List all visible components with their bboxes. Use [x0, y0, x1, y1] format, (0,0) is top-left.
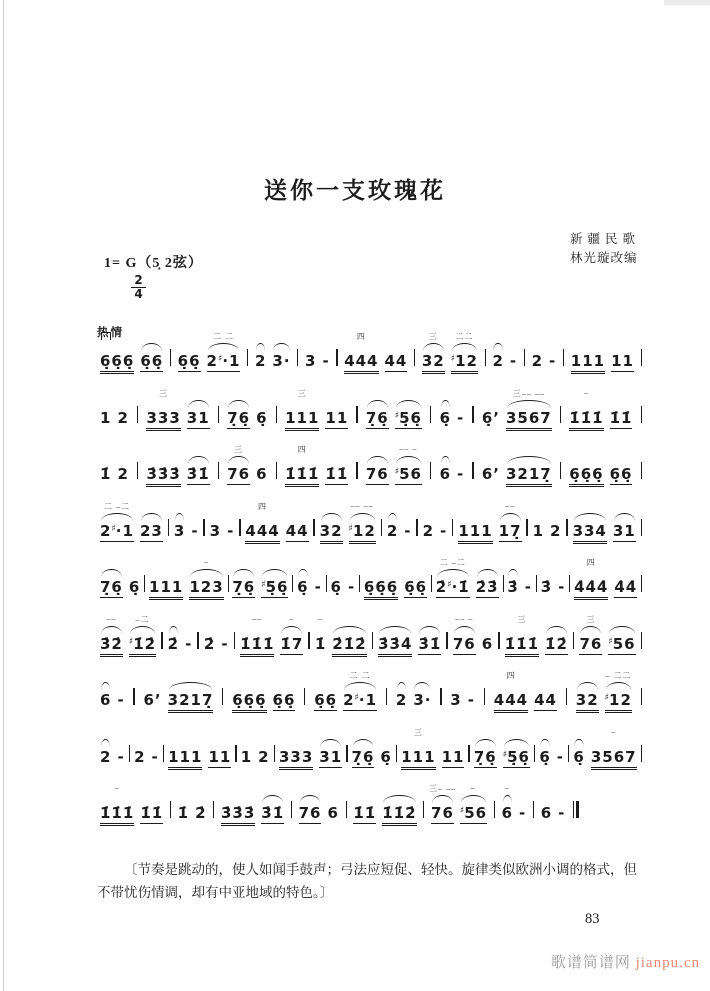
note-text: 6	[440, 465, 451, 483]
note-group: 7̣6̣	[227, 409, 250, 429]
note-text: 11	[442, 748, 465, 768]
note-text: 1̇1̇1̇	[569, 409, 603, 431]
note-text: 3̇1̇	[261, 804, 284, 824]
note-group: 2	[492, 352, 503, 370]
note-group: 11	[208, 748, 231, 768]
note-text: -	[440, 522, 447, 540]
note-text: 31	[319, 748, 342, 768]
note-text: 2̇	[168, 635, 179, 653]
note-group: 76	[299, 804, 322, 824]
barline	[203, 519, 204, 536]
barline	[336, 349, 337, 366]
barline	[641, 349, 642, 366]
note-group: 1̇2̇	[545, 635, 568, 655]
note-text: -	[468, 691, 475, 709]
note-group: ♯5̣6̣	[503, 748, 530, 768]
page-title: 送你一支玫瑰花	[0, 172, 710, 205]
note-group: -	[185, 635, 192, 653]
barline	[356, 406, 357, 423]
note-text: -	[315, 578, 322, 596]
note-group: 二 –二2♯·1	[100, 522, 134, 542]
sharp-icon: ♯	[395, 411, 399, 421]
measure: 三– ––76–♯56	[428, 804, 490, 824]
note-text: 2	[423, 522, 434, 540]
note-group: 7̣6̣	[100, 578, 123, 598]
measure: 6̣-	[437, 409, 468, 427]
note-group: -	[315, 578, 322, 596]
position-mark: –	[318, 614, 323, 623]
barline	[423, 801, 424, 818]
note-text: 6’	[144, 691, 162, 709]
barline	[137, 406, 138, 423]
note-text: -	[117, 691, 124, 709]
measure: 3-	[302, 352, 333, 370]
sharp-icon: ♯	[503, 750, 507, 760]
measure: 3-	[447, 691, 478, 709]
barline	[641, 745, 642, 762]
note-group: ––1̇1̇1̇	[240, 635, 274, 657]
measure: 2-	[420, 522, 451, 540]
sharp-icon: ♯	[355, 693, 359, 703]
note-text: 2̇	[195, 804, 206, 822]
note-group: 6̣6̣	[610, 465, 633, 485]
note-text: -	[227, 522, 234, 540]
position-mark: –	[471, 783, 476, 792]
barline	[168, 519, 169, 536]
note-group: 三1̇1̇1̇	[505, 635, 539, 657]
position-mark: –	[505, 783, 510, 792]
note-group: 6’	[144, 691, 162, 709]
note-text: -	[510, 352, 517, 370]
barline	[346, 745, 347, 762]
note-text: ♯56	[395, 465, 422, 485]
barline	[170, 801, 171, 818]
note-group: 6̣6̣6̣	[232, 691, 266, 713]
note-group: 3̇	[541, 578, 552, 596]
note-text: -	[457, 409, 464, 427]
measure: 12	[97, 409, 132, 427]
note-group: -	[191, 522, 198, 540]
barline	[356, 462, 357, 479]
barline	[170, 349, 171, 366]
note-text: 6̣6̣6̣	[100, 352, 134, 374]
measure: 6̣6̣6̣6̣6̣	[97, 352, 166, 374]
sharp-icon: ♯	[605, 693, 609, 703]
note-text: 6̣	[331, 578, 342, 596]
note-text: 3217̣	[506, 465, 552, 487]
note-text: 2	[258, 748, 269, 766]
measure: 三766	[224, 465, 270, 485]
note-group: -	[440, 522, 447, 540]
barline	[396, 745, 397, 762]
note-group: 三111	[401, 748, 435, 770]
barline	[276, 406, 277, 423]
note-text: 444	[245, 522, 279, 544]
measure: 1̇2	[97, 465, 132, 483]
note-text: 1̇	[178, 804, 189, 822]
barline	[431, 575, 432, 592]
barline	[213, 801, 214, 818]
note-text: ♯12	[605, 691, 632, 713]
measure: 2-	[489, 352, 520, 370]
position-mark: 三– ––	[429, 783, 456, 794]
note-group: -	[557, 748, 564, 766]
note-group: -	[519, 804, 526, 822]
music-line-8: 2-2-1111112333317̣6̣6̣三111117̣6̣♯5̣6̣6̣-…	[97, 718, 643, 775]
note-text: 3̇1̇	[187, 465, 210, 485]
note-group: –– –76	[453, 635, 476, 655]
barline	[641, 406, 642, 423]
music-line-4: 二 –二2♯·1233-3-四4444432–– ––♯122-2-111––1…	[97, 492, 643, 549]
note-group: –1̇	[315, 635, 326, 653]
note-text: -	[519, 804, 526, 822]
music-line-1: 6̣6̣6̣6̣6̣6̣6̣二 二2♯·123·3-四44444三32二二♯12…	[97, 322, 643, 379]
note-text: 7̣6̣	[366, 409, 389, 429]
note-text: 7̣6̣	[232, 578, 255, 598]
music-line-5: 7̣6̣6̣111–1237̣6̣♯5̣6̣6̣-6̣-6̣6̣6̣6̣6̣二 …	[97, 548, 643, 605]
note-group: 二二♯12	[451, 352, 478, 374]
sharp-icon: ♯	[218, 354, 222, 364]
measure: 23·	[252, 352, 294, 370]
measure: 四4̇4̇4̇4̇4̇	[571, 578, 640, 600]
measure: 766	[296, 804, 342, 824]
barline	[560, 462, 561, 479]
note-group: 二 二2♯·1	[207, 352, 241, 372]
note-text: 3·	[413, 691, 431, 709]
note-text: 6	[482, 635, 493, 653]
measure: –6-	[499, 804, 530, 822]
note-text: 3567	[506, 409, 552, 431]
note-group: 2	[255, 352, 266, 370]
measure: 3̇-	[504, 578, 535, 596]
note-group: -	[558, 804, 565, 822]
position-mark: ––	[252, 614, 262, 623]
barline	[133, 688, 134, 705]
barline	[536, 575, 537, 592]
note-group: 31	[187, 409, 210, 429]
note-text: 6	[100, 691, 111, 709]
position-mark: –	[115, 783, 120, 792]
barline	[346, 801, 347, 818]
note-group: 44	[286, 522, 309, 542]
note-text: 111	[168, 748, 202, 770]
note-text: 6̣	[539, 748, 550, 766]
note-text: 6	[256, 465, 267, 483]
note-text: 6̣6̣	[404, 578, 427, 598]
note-text: 7̣6̣	[474, 748, 497, 768]
barline	[359, 575, 360, 592]
note-group: –– –♯56	[395, 465, 422, 485]
note-text: 31	[187, 409, 210, 429]
note-group: 6̣6̣6̣	[364, 578, 398, 600]
note-text: -	[348, 578, 355, 596]
note-group: ––3̇2̇	[100, 635, 123, 657]
note-group: 6̣6̣	[404, 578, 427, 598]
note-group: 3̇1̇	[261, 804, 284, 824]
note-text: 2	[134, 748, 145, 766]
note-text: ♯5̣6̣	[261, 578, 288, 598]
note-group: 三111	[285, 409, 319, 431]
note-group: –– ––♯12	[349, 522, 376, 544]
position-mark: –– ––	[351, 501, 374, 510]
barline	[292, 575, 293, 592]
note-group: 2	[550, 522, 561, 540]
note-group: -	[117, 691, 124, 709]
note-text: 6̣	[297, 578, 308, 596]
note-text: ♯5̣6̣	[395, 409, 422, 429]
note-text: 111	[571, 352, 605, 374]
note-text: 76	[453, 635, 476, 655]
note-group: 3217̣	[168, 691, 214, 713]
note-group: –3567	[591, 748, 637, 770]
measure: 6-	[437, 465, 468, 483]
note-group: 6̣6̣	[314, 691, 337, 711]
note-group: 1̇1̇	[325, 465, 348, 485]
note-text: 1̇1̇1̇	[240, 635, 274, 657]
note-group: 三–– ––3567	[506, 409, 552, 431]
measure: 3̇3̇4̇3̇1̇	[375, 635, 444, 657]
measure: 三11111	[398, 748, 467, 770]
watermark: 歌谱简谱网 jianpu.cn	[551, 951, 700, 972]
position-mark: 四	[587, 557, 596, 568]
measure: 2-	[97, 748, 128, 766]
note-group: 三76	[579, 635, 602, 655]
note-group: 2̇3̇	[476, 578, 499, 598]
barline	[228, 575, 229, 592]
note-group: 6̣6̣	[140, 352, 163, 372]
scan-edge-line	[3, 0, 4, 991]
sharp-icon: ♯	[451, 354, 455, 364]
note-group: –♯56	[460, 804, 487, 824]
position-mark: 二 二	[350, 670, 371, 681]
note-group: 3	[305, 352, 316, 370]
note-group: 6	[256, 465, 267, 483]
note-text: -	[191, 522, 198, 540]
position-mark: 三	[234, 444, 243, 455]
time-signature-denominator: 4	[131, 287, 146, 301]
note-text: 2	[550, 522, 561, 540]
note-group: 11	[325, 409, 348, 429]
note-group: 7̣6̣	[232, 578, 255, 598]
barline	[484, 688, 485, 705]
down-bow-icon	[101, 332, 111, 340]
position-mark: 四	[258, 501, 267, 512]
measure: 7̣6̣♯5̣6̣	[363, 409, 425, 429]
note-group: 3	[210, 522, 221, 540]
barline	[197, 632, 198, 649]
sharp-icon: ♯	[460, 806, 464, 816]
measure: 6̣6̣6̣6̣6̣	[229, 691, 298, 713]
note-text: 76	[579, 635, 602, 655]
note-group: 31	[319, 748, 342, 768]
measure: 32– 二二♯12	[573, 691, 635, 713]
watermark-site-name: 歌谱简谱网	[551, 955, 631, 971]
note-group: -	[457, 409, 464, 427]
note-group: 6̣	[539, 748, 550, 766]
barline	[534, 745, 535, 762]
note-group: 44	[385, 352, 408, 372]
note-text: 2̇3̇	[476, 578, 499, 598]
note-group: -	[457, 465, 464, 483]
note-group: 1̇1̇2̇	[382, 804, 416, 826]
measure: ––1̇1̇1̇–1̇7	[237, 635, 306, 657]
note-group: –1̇1̇1̇	[569, 409, 603, 431]
barline	[276, 462, 277, 479]
note-group: 111	[149, 578, 183, 600]
note-text: 11	[325, 409, 348, 429]
note-text: 2̇♯·1̇	[436, 578, 470, 598]
note-group: ––17̣	[499, 522, 522, 542]
note-group: 6̣6̣	[178, 352, 201, 372]
measure: 3-	[171, 522, 202, 540]
note-group: 6̣6̣6̣	[569, 465, 603, 487]
note-text: -	[557, 748, 564, 766]
measure: 12	[530, 522, 565, 540]
key-signature: 1= G（5̣ 2弦）	[104, 252, 203, 272]
note-group: 三– ––76	[431, 804, 454, 824]
scan-smudge	[664, 0, 710, 5]
note-group: 1̇1̇	[610, 409, 633, 429]
position-mark: –二	[135, 614, 149, 625]
note-group: 三32	[422, 352, 445, 374]
music-line-3: 1̇23̇3̇3̇3̇1̇三766四1̇1̇1̇1̇1̇76–– –♯566-6…	[97, 435, 643, 492]
note-group: 31	[613, 522, 636, 542]
barline	[485, 349, 486, 366]
note-text: -	[525, 578, 532, 596]
note-group: –123	[189, 578, 223, 600]
note-group: –二♯1̇2̇	[129, 635, 156, 657]
note-text: ♯56	[460, 804, 487, 824]
note-group: 三76	[227, 465, 250, 485]
barline	[468, 745, 469, 762]
note-text: 6̣	[573, 748, 584, 766]
note-text: 7̣6̣	[352, 748, 375, 768]
note-group: 3217̣	[506, 465, 552, 487]
note-text: 3217̣	[168, 691, 214, 713]
note-text: 2	[100, 748, 111, 766]
note-text: 3	[210, 522, 221, 540]
note-group: 111	[168, 748, 202, 770]
note-group: ♯5̣6̣	[261, 578, 288, 598]
measure: 23·	[393, 691, 435, 709]
note-text: 6̣6̣6̣	[569, 465, 603, 487]
barline	[414, 349, 415, 366]
measure: 四44444	[341, 352, 410, 374]
note-text: 23	[140, 522, 163, 542]
note-text: 1̇1̇1̇	[100, 804, 134, 826]
barline	[291, 801, 292, 818]
note-text: 1̇1̇	[140, 804, 163, 824]
note-group: 6	[440, 465, 451, 483]
barline	[313, 519, 314, 536]
note-text: 333	[279, 748, 313, 770]
note-group: 6̣	[380, 748, 391, 766]
note-text: 2	[255, 352, 266, 370]
position-mark: –	[584, 388, 589, 397]
barline	[308, 632, 309, 649]
measure: –1̇2̇1̇2̇	[312, 635, 370, 657]
note-text: ♯1̇2̇	[129, 635, 156, 657]
position-mark: 三	[429, 331, 438, 342]
note-group: -	[404, 522, 411, 540]
barline	[641, 462, 642, 479]
note-group: 2̇	[168, 635, 179, 653]
measure: 6’3217̣	[141, 691, 217, 713]
position-mark: –– –	[455, 614, 473, 623]
barline	[563, 349, 564, 366]
note-text: 32	[576, 691, 599, 713]
position-mark: 三	[586, 614, 595, 625]
note-group: 2	[134, 748, 145, 766]
measure: –– –766	[450, 635, 496, 655]
barline	[144, 575, 145, 592]
note-group: 1	[241, 748, 252, 766]
position-mark: 三	[298, 388, 307, 399]
barline	[218, 462, 219, 479]
note-text: 6	[327, 804, 338, 822]
position-mark: 四	[298, 444, 307, 455]
note-group: 3̇	[507, 578, 518, 596]
barline	[297, 349, 298, 366]
note-text: 6̣6̣	[610, 465, 633, 485]
note-group: 3·	[413, 691, 431, 709]
note-group: 1̇1̇	[353, 804, 376, 824]
note-text: -	[558, 578, 565, 596]
time-signature-numerator: 2	[131, 274, 146, 287]
measure: 3̇3̇3̇3̇1̇	[218, 804, 287, 826]
note-text: 1̇1̇1̇	[285, 465, 319, 487]
note-group: 三333	[146, 409, 180, 431]
note-text: 1̇2̇	[545, 635, 568, 655]
note-group: 6	[327, 804, 338, 822]
note-text: 1̇	[315, 635, 326, 653]
measure: 111––17̣	[455, 522, 524, 544]
measure: 6̣6̣二 二2♯·1	[175, 352, 244, 372]
note-group: 44	[534, 691, 557, 711]
note-group: 1	[100, 409, 111, 427]
measure: 二 –二2̇♯·1̇2̇3̇	[433, 578, 502, 598]
note-group: 3·	[272, 352, 290, 370]
barline	[161, 632, 162, 649]
note-text: 3̇	[507, 578, 518, 596]
note-text: 44	[286, 522, 309, 542]
note-group: 四444	[344, 352, 378, 374]
note-text: 2	[117, 409, 128, 427]
note-text: ♯56	[608, 635, 635, 655]
note-text: 1̇1̇	[610, 409, 633, 429]
note-group: 2	[258, 748, 269, 766]
sharp-icon: ♯	[395, 467, 399, 477]
measure: 6̣–3567	[570, 748, 639, 770]
position-mark: –– –	[399, 444, 417, 453]
measure: 33431	[570, 522, 639, 544]
sharp-icon: ♯	[261, 580, 265, 590]
note-text: 2	[396, 691, 407, 709]
note-text: 11	[611, 352, 634, 372]
note-text: 1	[241, 748, 252, 766]
measure: 1̇2̇	[175, 804, 210, 822]
measure: 11111	[568, 352, 637, 374]
barline	[503, 575, 504, 592]
measure: –1̇1̇1̇1̇1̇	[566, 409, 635, 431]
note-text: 1̇1̇	[325, 465, 348, 485]
measure: 7̣6̣6̣	[97, 578, 143, 598]
note-group: 2	[532, 352, 543, 370]
note-text: 7̣6̣	[227, 409, 250, 429]
measure: 11111	[165, 748, 234, 770]
note-text: -	[117, 748, 124, 766]
barline	[372, 632, 373, 649]
